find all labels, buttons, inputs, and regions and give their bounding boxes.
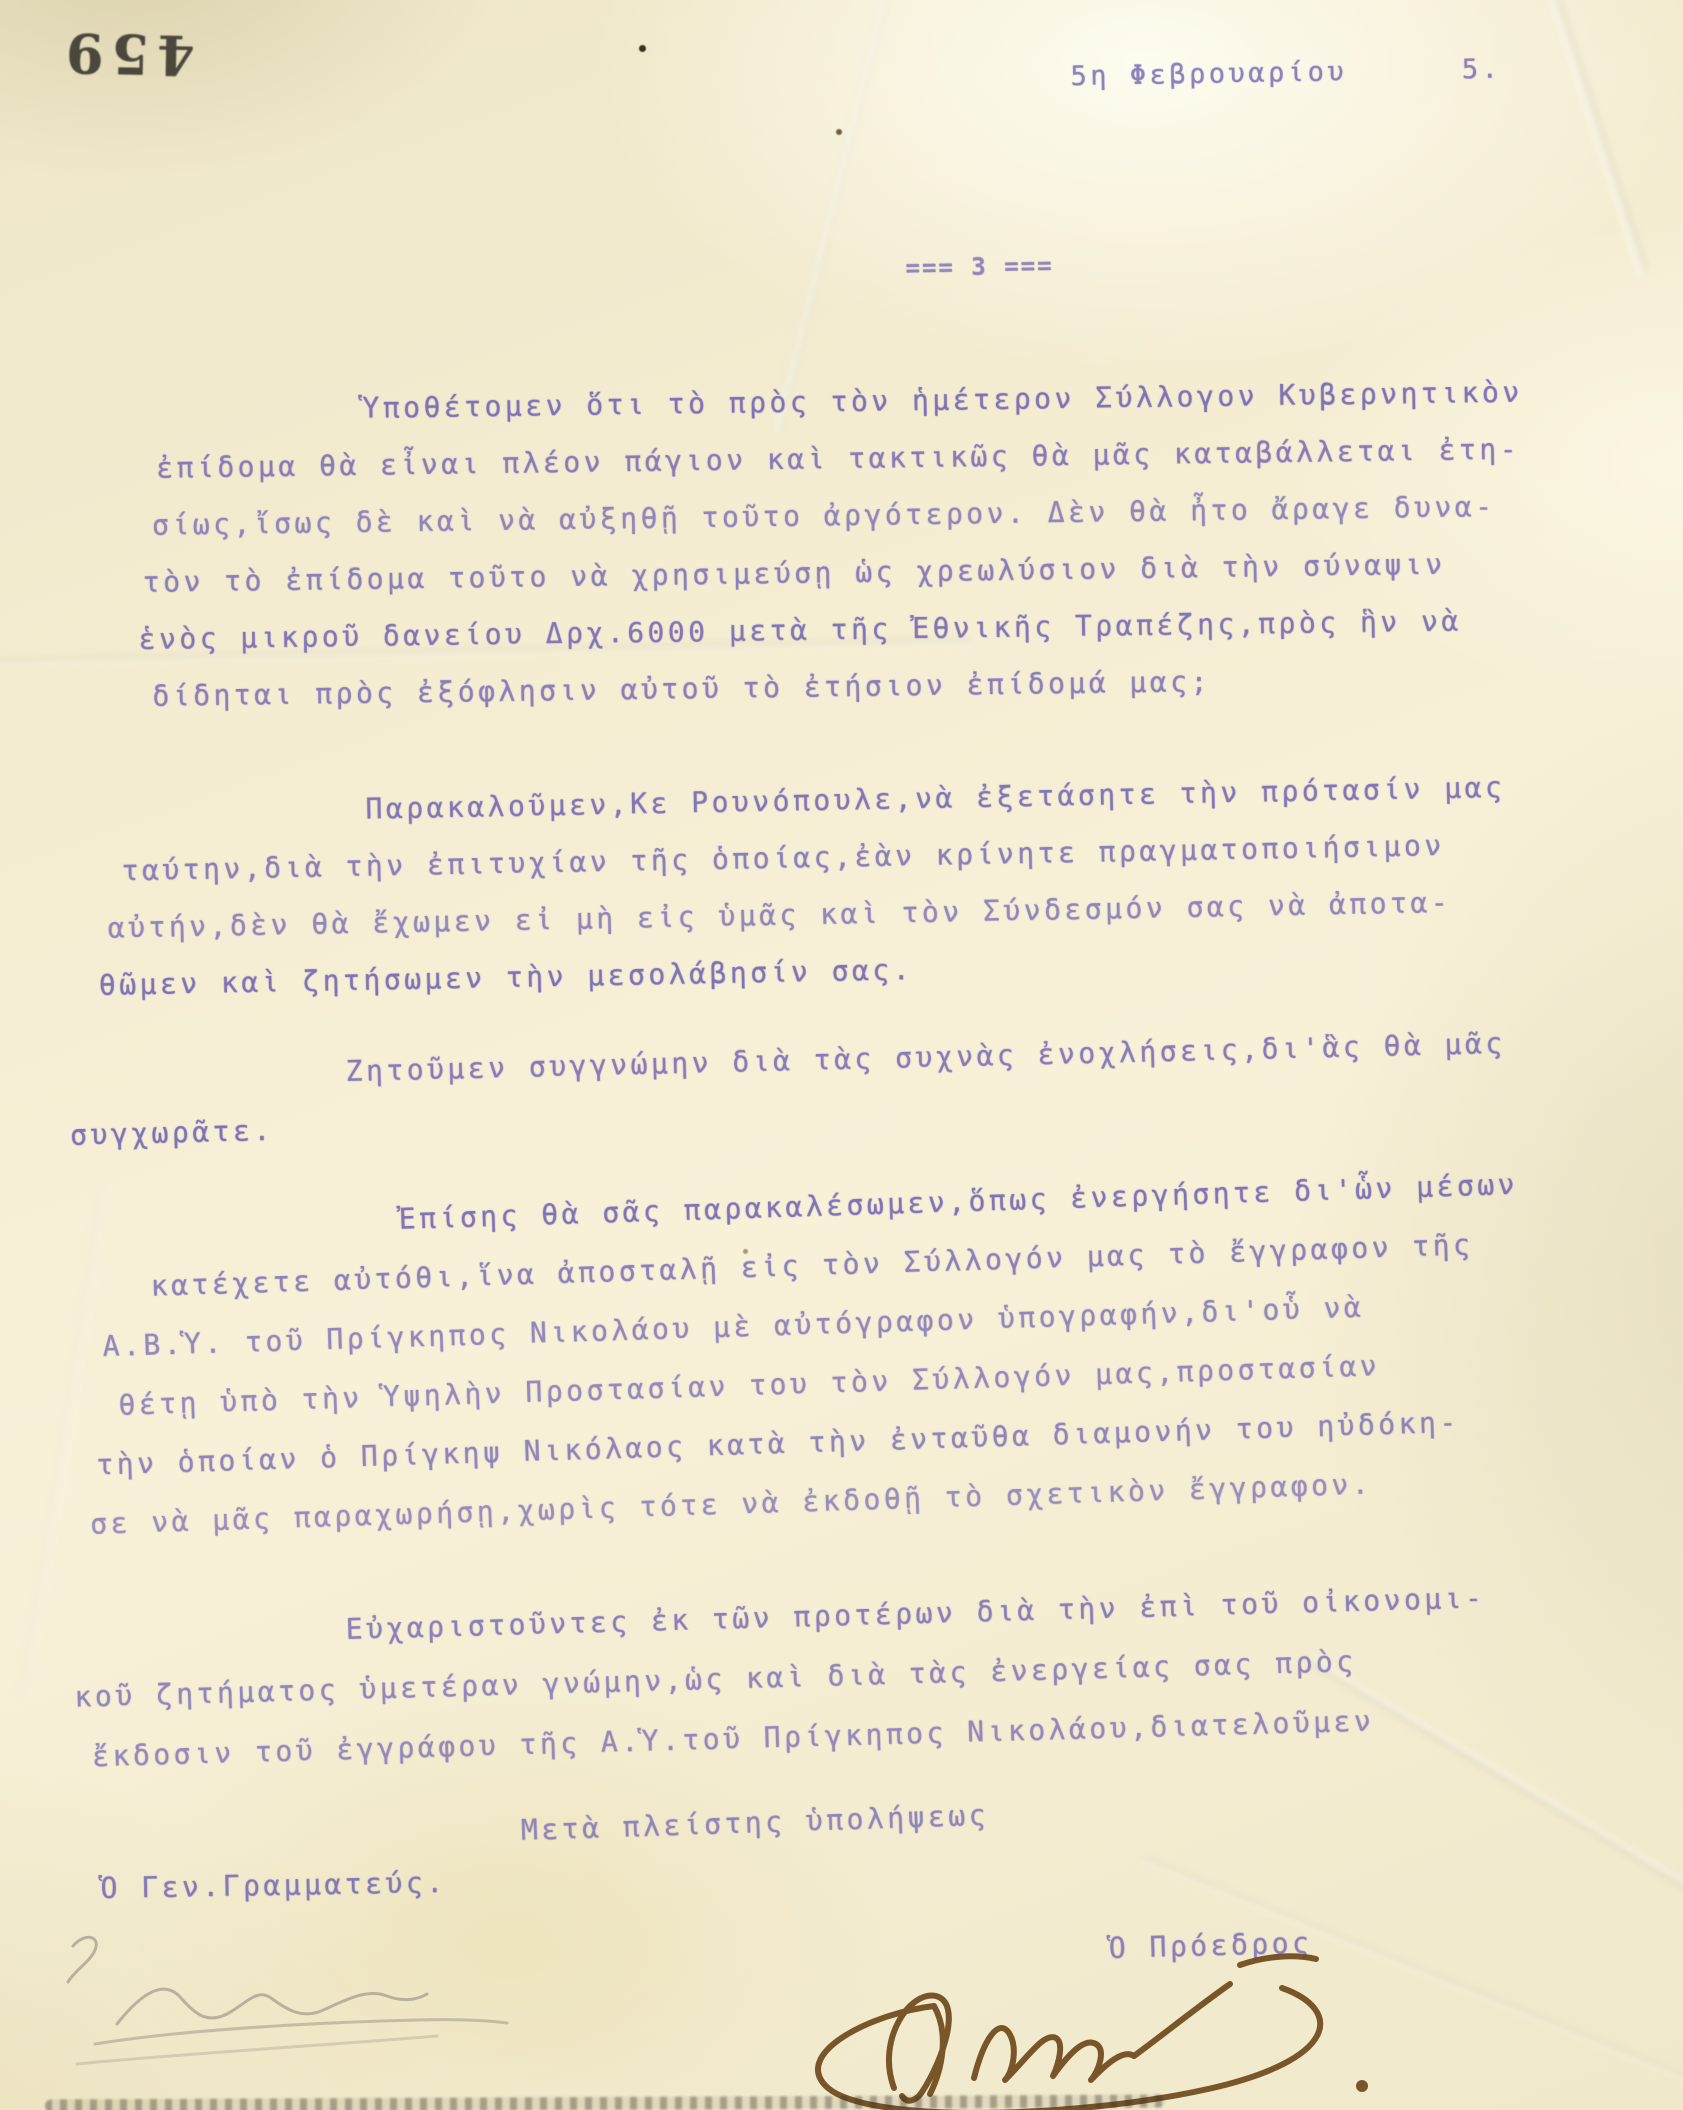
paragraph-3: Ζητοῦμεν συγγνώμην διὰ τὰς συχνὰς ἐνοχλή… — [60, 1015, 1508, 1164]
scan-bottom-edge — [45, 2095, 1165, 2110]
ink-speck — [639, 45, 646, 52]
page-number-marker: === 3 === — [905, 237, 1054, 297]
date-text: 5η Φεβρουαρίου — [1070, 56, 1347, 92]
president-signature — [772, 1938, 1392, 2110]
ink-speck — [836, 129, 842, 135]
paragraph-1: Ὑποθέτομεν ὅτι τὸ πρὸς τὸν ἡμέτερον Σύλλ… — [130, 364, 1527, 725]
scanned-letter-page: { "document": { "stamp_number": "459", "… — [0, 0, 1683, 2110]
letter-page: 459 5η Φεβρουαρίου 5. === 3 === Ὑποθέτομ… — [0, 0, 1683, 2110]
secretary-signature — [55, 1928, 525, 2073]
paragraph-2: Παρακαλοῦμεν,Κε Ρουνόπουλε,νὰ ἐξετάσητε … — [85, 759, 1509, 1014]
date-year: 5. — [1461, 40, 1502, 98]
valediction: Μετὰ πλείστης ὑπολήψεως — [520, 1786, 990, 1858]
paragraph-4: Ἐπίσης θὰ σᾶς παρακαλέσωμεν,ὅπως ἐνεργήσ… — [75, 1155, 1528, 1554]
paragraph-5: Εὐχαριστοῦντες ἐκ τῶν προτέρων διὰ τὴν ἐ… — [60, 1568, 1489, 1788]
date-line: 5η Φεβρουαρίου 5. — [1070, 40, 1502, 105]
archive-number-stamp: 459 — [57, 21, 195, 87]
paper-crease — [1533, 0, 1649, 274]
paper-crease — [771, 0, 893, 434]
secretary-title: Ὁ Γεν.Γραμματεύς. — [100, 1854, 447, 1917]
